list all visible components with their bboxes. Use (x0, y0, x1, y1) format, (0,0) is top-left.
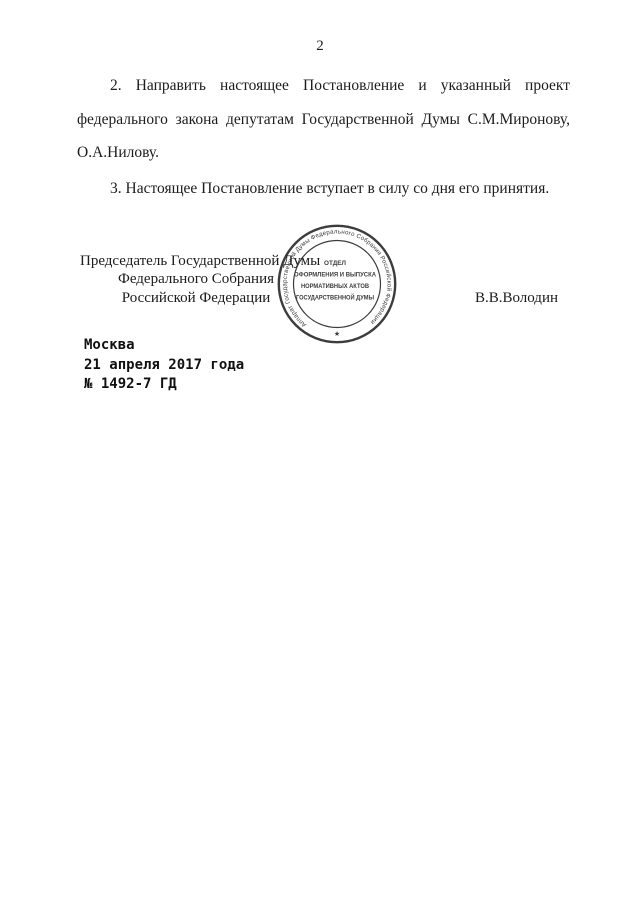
official-stamp-icon: Аппарат Государственной Думы Федеральног… (276, 223, 398, 345)
paragraph-2-line-1: 2. Направить настоящее Постановление и у… (77, 69, 570, 103)
stamp-center-line-4: ГОСУДАРСТВЕННОЙ ДУМЫ (296, 293, 374, 302)
stamp-center-line-1: ОТДЕЛ (324, 260, 346, 267)
paragraph-2-line-2: федерального закона депутатам Государств… (77, 103, 570, 137)
document-date: 21 апреля 2017 года (84, 356, 244, 376)
paragraph-2-line-3: О.А.Нилову. (77, 136, 570, 170)
stamp-star-icon: ★ (334, 330, 340, 338)
document-page: 2 2. Направить настоящее Постановление и… (0, 0, 640, 905)
paragraph-3-line-1: 3. Настоящее Постановление вступает в си… (77, 172, 570, 206)
page-number: 2 (0, 36, 640, 56)
document-number: № 1492-7 ГД (84, 375, 244, 395)
date-block: Москва 21 апреля 2017 года № 1492-7 ГД (84, 336, 244, 395)
stamp-center-line-3: НОРМАТИВНЫХ АКТОВ (301, 283, 369, 290)
paragraph-3: 3. Настоящее Постановление вступает в си… (77, 172, 570, 206)
signature-name: В.В.Володин (475, 290, 558, 307)
paragraph-2: 2. Направить настоящее Постановление и у… (77, 69, 570, 170)
stamp-center-line-2: ОФОРМЛЕНИЯ И ВЫПУСКА (294, 272, 376, 279)
document-city: Москва (84, 336, 244, 356)
